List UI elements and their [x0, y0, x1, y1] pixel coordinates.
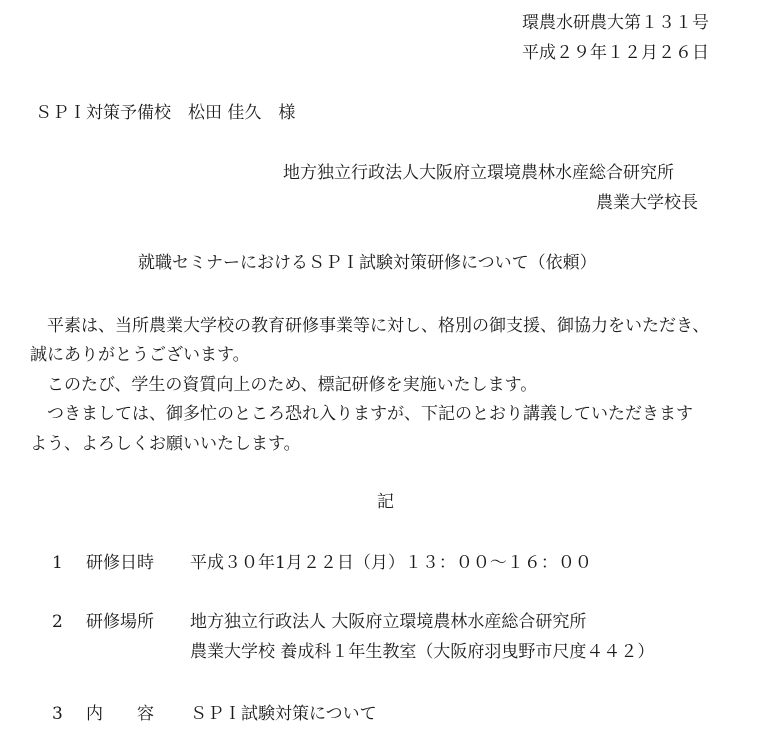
body-paragraph-1-line-2: 誠にありがとうございます。	[30, 347, 250, 364]
item-value: 地方独立行政法人 大阪府立環境農林水産総合研究所	[190, 614, 586, 631]
item-number: 1	[52, 555, 63, 572]
document-number: 環農水研農大第１３１号	[522, 15, 709, 32]
recipient-organization: ＳＰＩ対策予備校	[35, 103, 171, 123]
sender-organization: 地方独立行政法人大阪府立環境農林水産総合研究所	[283, 165, 674, 182]
sender-title: 農業大学校長	[596, 195, 698, 212]
recipient-honorific: 様	[278, 103, 295, 123]
body-paragraph-2-line-1: このたび、学生の資質向上のため、標記研修を実施いたします。	[30, 377, 537, 394]
item-value: 農業大学校 養成科１年生教室（大阪府羽曳野市尺度４４２）	[190, 644, 654, 661]
item-number: 2	[52, 614, 63, 631]
body-paragraph-1-line-1: 平素は、当所農業大学校の教育研修事業等に対し、格別の御支援、御協力をいただき、	[30, 318, 709, 335]
item-number: 3	[52, 706, 63, 723]
item-label: 研修日時	[86, 555, 154, 572]
item-label: 内 容	[86, 706, 154, 723]
note-heading: 記	[377, 494, 394, 511]
item-value: ＳＰＩ試験対策について	[190, 706, 377, 723]
body-paragraph-3-line-2: よう、よろしくお願いいたします。	[30, 436, 301, 453]
item-label: 研修場所	[86, 614, 154, 631]
recipient-name: 松田 佳久	[188, 103, 261, 123]
recipient: ＳＰＩ対策予備校 松田 佳久 様	[35, 105, 295, 122]
document-date: 平成２９年１２月２６日	[522, 45, 709, 62]
item-value: 平成３０年1月２２日（月）１３：００～１６：００	[190, 555, 592, 572]
body-paragraph-3-line-1: つきましては、御多忙のところ恐れ入りますが、下記のとおり講義していただきます	[30, 406, 693, 423]
subject-title: 就職セミナーにおけるＳＰＩ試験対策研修について（依頼）	[138, 255, 597, 272]
